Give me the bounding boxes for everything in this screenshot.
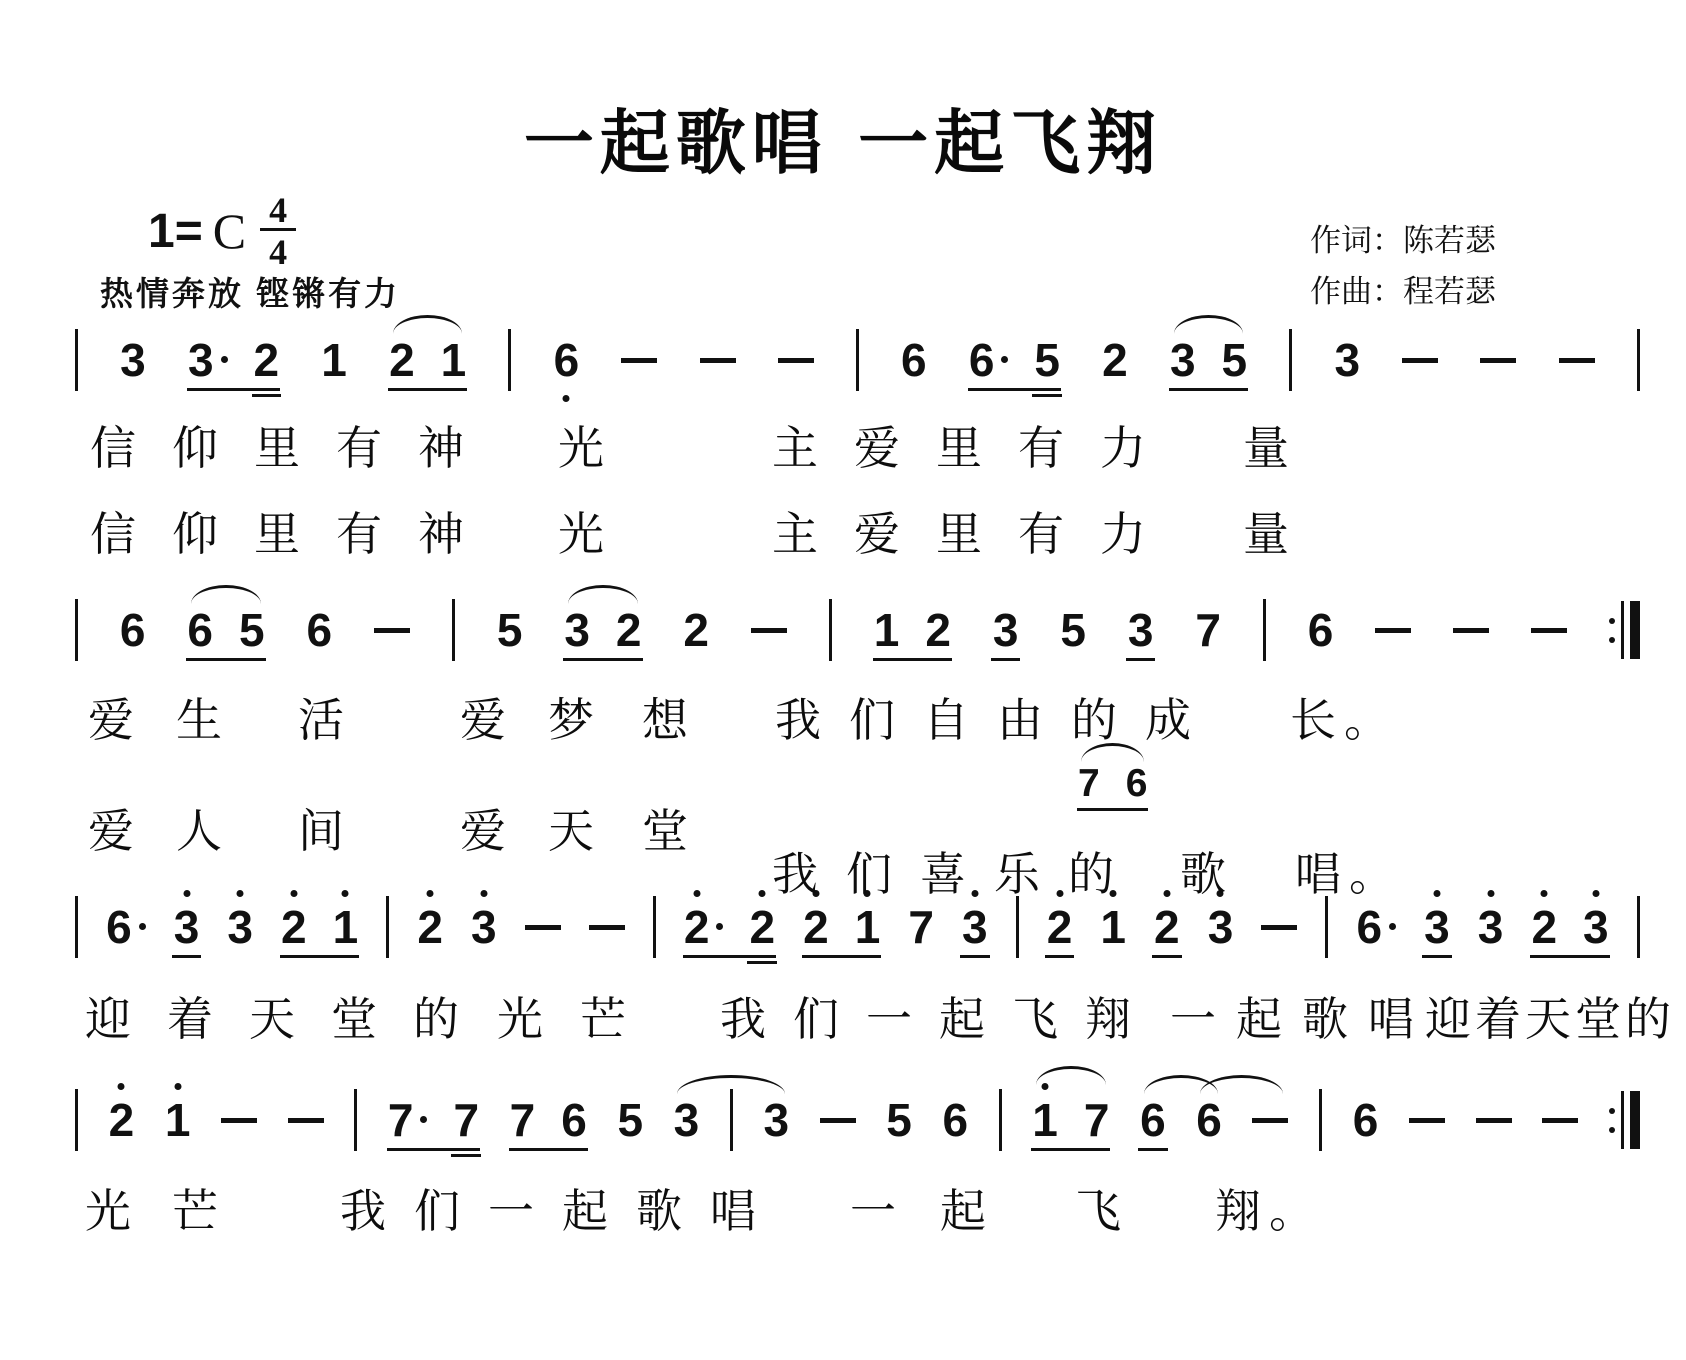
slur-arc <box>568 585 638 604</box>
barline <box>386 896 389 958</box>
beam-underline <box>563 658 642 662</box>
lyric-segment: 量 <box>1243 498 1289 564</box>
barline <box>75 329 78 391</box>
note: 1 <box>441 336 467 384</box>
octave-dot-high <box>1487 890 1494 897</box>
note: 6 <box>1126 764 1148 805</box>
music-line: 76 <box>1078 752 1208 816</box>
beam-group: 12 <box>874 606 951 654</box>
slur-arc <box>393 315 463 334</box>
duration-underline <box>991 658 1021 662</box>
note: 1 <box>874 606 900 654</box>
note-number: 3 <box>227 903 253 951</box>
octave-dot-high <box>759 890 766 897</box>
note-number: 2 <box>803 903 829 951</box>
octave-dot-high <box>480 890 487 897</box>
note: 1 <box>165 1096 191 1144</box>
octave-dot-high <box>1163 890 1170 897</box>
barline <box>1289 329 1292 391</box>
lyric-segment: 光 <box>558 412 604 478</box>
duration-dash <box>1480 358 1516 363</box>
note-number: 3 <box>1128 606 1154 654</box>
duration-dash <box>1261 925 1297 930</box>
note-number: 6 <box>554 336 580 384</box>
note-number: 2 <box>254 336 280 384</box>
tonic-letter: C <box>213 202 246 260</box>
note: 6 <box>187 606 213 654</box>
duration-dash <box>778 358 814 363</box>
note: 2 <box>109 1096 135 1144</box>
octave-dot-high <box>342 890 349 897</box>
duration-dash <box>1409 1118 1445 1123</box>
beam-group: 76 <box>1078 764 1147 805</box>
lyric-segment: 我们一起歌唱 <box>340 1175 784 1241</box>
note-number: 1 <box>333 903 359 951</box>
beam-group: 77 <box>388 1096 479 1144</box>
duration-dash <box>820 1118 856 1123</box>
lyric-segment: 信仰里有神 <box>90 498 500 564</box>
octave-dot-high <box>174 1083 181 1090</box>
note-number: 2 <box>417 903 443 951</box>
note-number: 3 <box>174 903 200 951</box>
duration-dash <box>1252 1118 1288 1123</box>
duration-underline <box>1138 1148 1168 1152</box>
note-number: 1 <box>855 903 881 951</box>
note-number: 5 <box>617 1096 643 1144</box>
note-number: 3 <box>471 903 497 951</box>
note-number: 3 <box>1424 903 1450 951</box>
lyric-segment: 芒 <box>172 1175 218 1241</box>
music-line: 6332123222173212363323 <box>75 895 1640 959</box>
note: 3 <box>962 903 988 951</box>
duration-dash <box>1453 628 1489 633</box>
beam-underline <box>1031 1148 1110 1152</box>
lyric-segment: 生 <box>176 684 222 750</box>
note: 5 <box>886 1096 912 1144</box>
thick-barline <box>1630 1091 1640 1149</box>
note-number: 1 <box>1032 1096 1058 1144</box>
barline <box>730 1089 733 1151</box>
beam-underline <box>802 955 881 959</box>
beam-group: 17 <box>1032 1096 1109 1144</box>
barline <box>75 1089 78 1151</box>
octave-dot-high <box>427 890 434 897</box>
duration-dash <box>589 925 625 930</box>
note-number: 3 <box>188 336 214 384</box>
duration-dash <box>1542 1118 1578 1123</box>
note-number: 3 <box>962 903 988 951</box>
note: 2 <box>749 903 775 951</box>
note-number: 2 <box>925 606 951 654</box>
augmentation-dot <box>1389 923 1396 930</box>
sheet-music-page: 一起歌唱 一起飞翔 1= C 4 4 热情奔放 铿锵有力 作词：陈若瑟 作曲：程… <box>0 0 1686 1360</box>
octave-dot-high <box>118 1083 125 1090</box>
barline <box>452 599 455 661</box>
beam-underline <box>873 658 952 662</box>
note-number: 5 <box>1222 336 1248 384</box>
slur-arc <box>1200 1075 1283 1094</box>
beam-group: 76 <box>510 1096 587 1144</box>
lyric-segment: 天 <box>548 795 594 861</box>
note: 3 <box>993 606 1019 654</box>
lyric-segment: 长。 <box>1290 684 1398 750</box>
barline <box>354 1089 357 1151</box>
time-signature: 4 4 <box>260 192 296 270</box>
barline <box>1637 896 1640 958</box>
note-number: 6 <box>187 606 213 654</box>
barline <box>1325 896 1328 958</box>
note-number: 2 <box>1047 903 1073 951</box>
note-number: 6 <box>1308 606 1334 654</box>
note-number: 3 <box>1478 903 1504 951</box>
beam-underline <box>968 388 1061 392</box>
lyric-segment: 歌 <box>1180 838 1226 904</box>
note: 5 <box>497 606 523 654</box>
barline <box>856 329 859 391</box>
lyric-segment: 信仰里有神 <box>90 412 500 478</box>
beam-underline <box>187 388 280 392</box>
barline <box>999 1089 1002 1151</box>
beam-group: 35 <box>1170 336 1247 384</box>
note-number: 7 <box>510 1096 536 1144</box>
slur-arc <box>1174 315 1244 334</box>
beam-underline <box>1530 955 1609 959</box>
note: 1 <box>333 903 359 951</box>
augmentation-dot <box>420 1116 427 1123</box>
note: 6 <box>106 903 146 951</box>
note: 6 <box>561 1096 587 1144</box>
note: 2 <box>684 903 724 951</box>
note-number: 2 <box>684 903 710 951</box>
note-number: 7 <box>1078 764 1100 805</box>
music-line: 665653221235376 <box>75 598 1640 662</box>
lyric-segment: 一起歌唱 <box>1170 983 1434 1049</box>
duration-underline <box>1045 955 1075 959</box>
note: 2 <box>683 606 709 654</box>
note: 3 <box>763 1096 789 1144</box>
note-number: 1 <box>441 336 467 384</box>
note: 3 <box>1478 903 1504 951</box>
augmentation-dot <box>1001 356 1008 363</box>
repeat-end-sign <box>1609 1091 1640 1149</box>
lyric-segment: 翔。 <box>1215 1175 1323 1241</box>
note: 2 <box>254 336 280 384</box>
barline <box>653 896 656 958</box>
note: 2 <box>925 606 951 654</box>
lyricist-credit: 作词：陈若瑟 <box>1310 215 1496 266</box>
barline <box>1016 896 1019 958</box>
octave-dot-high <box>1433 890 1440 897</box>
note: 3 <box>227 903 253 951</box>
octave-dot-high <box>1592 890 1599 897</box>
note: 5 <box>1222 336 1248 384</box>
beam-group: 32 <box>564 606 641 654</box>
note: 1 <box>855 903 881 951</box>
note-number: 2 <box>109 1096 135 1144</box>
note-number: 3 <box>564 606 590 654</box>
lyric-segment: 主爱里有力 <box>772 498 1182 564</box>
note-number: 6 <box>307 606 333 654</box>
octave-dot-low <box>563 395 570 402</box>
barline <box>1263 599 1266 661</box>
note: 1 <box>1032 1096 1058 1144</box>
lyric-segment: 主爱里有力 <box>772 412 1182 478</box>
note-number: 2 <box>281 903 307 951</box>
note: 2 <box>616 606 642 654</box>
barline <box>829 599 832 661</box>
note-number: 2 <box>1102 336 1128 384</box>
lyric-segment: 光 <box>85 1175 131 1241</box>
note: 2 <box>1047 903 1073 951</box>
lyric-segment: 光 <box>497 983 543 1049</box>
duration-dash <box>751 628 787 633</box>
beam-group: 65 <box>187 606 264 654</box>
note-number: 1 <box>165 1096 191 1144</box>
note-number: 3 <box>1170 336 1196 384</box>
note: 6 <box>1356 903 1396 951</box>
beam-group: 21 <box>803 903 880 951</box>
note: 5 <box>1060 606 1086 654</box>
note-number: 5 <box>1034 336 1060 384</box>
lyric-segment: 起 <box>940 1175 986 1241</box>
lyric-segment: 爱 <box>88 795 134 861</box>
note-number: 3 <box>763 1096 789 1144</box>
beam-underline <box>280 955 359 959</box>
octave-dot-high <box>290 890 297 897</box>
lyric-segment: 我们自由的成 <box>775 684 1219 750</box>
beam-underline <box>509 1148 588 1152</box>
beam-underline <box>1077 808 1148 812</box>
lyric-segment: 唱。 <box>1295 838 1403 904</box>
barline <box>75 896 78 958</box>
note: 3 <box>1424 903 1450 951</box>
note-number: 6 <box>1126 764 1148 805</box>
augmentation-dot <box>716 923 723 930</box>
note-number: 3 <box>1334 336 1360 384</box>
tonic-prefix: 1= <box>148 204 203 259</box>
meter-lower: 4 <box>260 228 296 270</box>
thin-barline <box>1621 601 1624 659</box>
note-number: 7 <box>1084 1096 1110 1144</box>
note: 6 <box>554 336 580 384</box>
beam-group: 23 <box>1531 903 1608 951</box>
barline <box>508 329 511 391</box>
lyric-segment: 我们一起飞翔 <box>720 983 1158 1049</box>
note-number: 6 <box>1196 1096 1222 1144</box>
note: 6 <box>1140 1096 1166 1144</box>
duration-dash <box>374 628 410 633</box>
note: 3 <box>1170 336 1196 384</box>
note: 7 <box>1195 606 1221 654</box>
duration-dash <box>525 925 561 930</box>
duration-dash <box>700 358 736 363</box>
note-number: 5 <box>239 606 265 654</box>
note: 3 <box>1334 336 1360 384</box>
note-number: 6 <box>969 336 995 384</box>
lyric-segment: 间 <box>298 795 344 861</box>
note: 3 <box>188 336 228 384</box>
note-number: 3 <box>674 1096 700 1144</box>
note: 6 <box>1353 1096 1379 1144</box>
octave-dot-high <box>183 890 190 897</box>
note-number: 6 <box>1353 1096 1379 1144</box>
note-number: 3 <box>1208 903 1234 951</box>
note: 5 <box>1034 336 1060 384</box>
music-line: 2177765335617666 <box>75 1088 1640 1152</box>
note-number: 7 <box>1195 606 1221 654</box>
beam-group: 21 <box>389 336 466 384</box>
note: 3 <box>564 606 590 654</box>
note-number: 2 <box>1154 903 1180 951</box>
duration-dash <box>1375 628 1411 633</box>
lyric-segment: 迎着天堂的 <box>85 983 495 1049</box>
lyric-segment: 爱 <box>460 795 506 861</box>
note: 7 <box>1078 764 1100 805</box>
augmentation-dot <box>139 923 146 930</box>
barline <box>1637 329 1640 391</box>
augmentation-dot <box>221 356 228 363</box>
note: 2 <box>1102 336 1128 384</box>
repeat-dots <box>1609 1108 1615 1133</box>
duration-underline <box>1032 394 1062 398</box>
note-number: 5 <box>886 1096 912 1144</box>
note: 3 <box>1208 903 1234 951</box>
beam-underline <box>387 1148 480 1152</box>
note: 3 <box>174 903 200 951</box>
lyric-segment: 爱 <box>88 684 134 750</box>
note: 2 <box>803 903 829 951</box>
beam-group: 21 <box>281 903 358 951</box>
lyric-segment: 人 <box>176 795 222 861</box>
note-number: 6 <box>942 1096 968 1144</box>
note-number: 1 <box>321 336 347 384</box>
lyric-segment: 堂 <box>642 795 688 861</box>
note: 6 <box>901 336 927 384</box>
note-number: 2 <box>389 336 415 384</box>
slur-arc <box>1036 1066 1106 1085</box>
repeat-end-sign <box>1609 601 1640 659</box>
expression-marking: 热情奔放 铿锵有力 <box>100 268 400 315</box>
beam-underline <box>388 388 467 392</box>
lyric-segment: 量 <box>1243 412 1289 478</box>
key-signature: 1= C 4 4 <box>148 192 296 270</box>
repeat-dots <box>1609 618 1615 643</box>
note-number: 3 <box>1583 903 1609 951</box>
note-number: 5 <box>497 606 523 654</box>
note: 6 <box>120 606 146 654</box>
duration-underline <box>172 955 202 959</box>
beam-group: 22 <box>684 903 775 951</box>
duration-dash <box>221 1118 257 1123</box>
note-number: 6 <box>120 606 146 654</box>
thick-barline <box>1630 601 1640 659</box>
note-number: 2 <box>749 903 775 951</box>
note-number: 3 <box>120 336 146 384</box>
slur-arc <box>677 1075 785 1094</box>
beam-group: 65 <box>969 336 1060 384</box>
note: 7 <box>453 1096 479 1144</box>
note: 7 <box>510 1096 536 1144</box>
lyric-segment: 梦 <box>548 684 594 750</box>
note: 6 <box>1196 1096 1222 1144</box>
note: 3 <box>120 336 146 384</box>
note: 5 <box>239 606 265 654</box>
note: 1 <box>1100 903 1126 951</box>
note: 3 <box>674 1096 700 1144</box>
note: 2 <box>389 336 415 384</box>
note: 6 <box>942 1096 968 1144</box>
note: 3 <box>1583 903 1609 951</box>
lyric-segment: 活 <box>298 684 344 750</box>
beam-group: 32 <box>188 336 279 384</box>
note-number: 6 <box>106 903 132 951</box>
duration-underline <box>960 955 990 959</box>
note-number: 5 <box>1060 606 1086 654</box>
note: 2 <box>1531 903 1557 951</box>
note-number: 1 <box>874 606 900 654</box>
octave-dot-high <box>237 890 244 897</box>
note: 6 <box>307 606 333 654</box>
duration-dash <box>1559 358 1595 363</box>
note: 2 <box>417 903 443 951</box>
beam-underline <box>1169 388 1248 392</box>
lyric-segment: 一 <box>850 1175 896 1241</box>
music-line: 33212166652353 <box>75 328 1640 392</box>
note: 3 <box>1128 606 1154 654</box>
note: 7 <box>1084 1096 1110 1144</box>
octave-dot-high <box>693 890 700 897</box>
note-number: 7 <box>453 1096 479 1144</box>
slur-arc <box>191 585 261 604</box>
barline <box>1319 1089 1322 1151</box>
credits: 作词：陈若瑟 作曲：程若瑟 <box>1310 215 1496 317</box>
note-number: 6 <box>1140 1096 1166 1144</box>
duration-dash <box>1476 1118 1512 1123</box>
note: 6 <box>969 336 1009 384</box>
thin-barline <box>1621 1091 1624 1149</box>
note-number: 1 <box>1100 903 1126 951</box>
duration-underline <box>1422 955 1452 959</box>
note-number: 3 <box>993 606 1019 654</box>
meter-upper: 4 <box>260 192 296 228</box>
note-number: 6 <box>561 1096 587 1144</box>
note: 3 <box>471 903 497 951</box>
barline <box>75 599 78 661</box>
duration-dash <box>1531 628 1567 633</box>
note: 6 <box>1308 606 1334 654</box>
note-number: 7 <box>908 903 934 951</box>
note-number: 6 <box>901 336 927 384</box>
duration-underline <box>451 1154 481 1158</box>
lyric-segment: 迎着天堂的 <box>1425 983 1675 1049</box>
note-number: 6 <box>1356 903 1382 951</box>
note-number: 7 <box>388 1096 414 1144</box>
note-number: 2 <box>616 606 642 654</box>
octave-dot-high <box>1541 890 1548 897</box>
duration-underline <box>1152 955 1182 959</box>
lyric-segment: 想 <box>642 684 688 750</box>
song-title: 一起歌唱 一起飞翔 <box>0 87 1686 188</box>
duration-underline <box>252 394 282 398</box>
lyric-segment: 光 <box>558 498 604 564</box>
duration-underline <box>1126 658 1156 662</box>
note-number: 2 <box>683 606 709 654</box>
note: 7 <box>388 1096 428 1144</box>
lyric-segment: 爱 <box>460 684 506 750</box>
lyric-segment: 我们喜乐的 <box>772 838 1142 904</box>
duration-dash <box>621 358 657 363</box>
note: 2 <box>1154 903 1180 951</box>
